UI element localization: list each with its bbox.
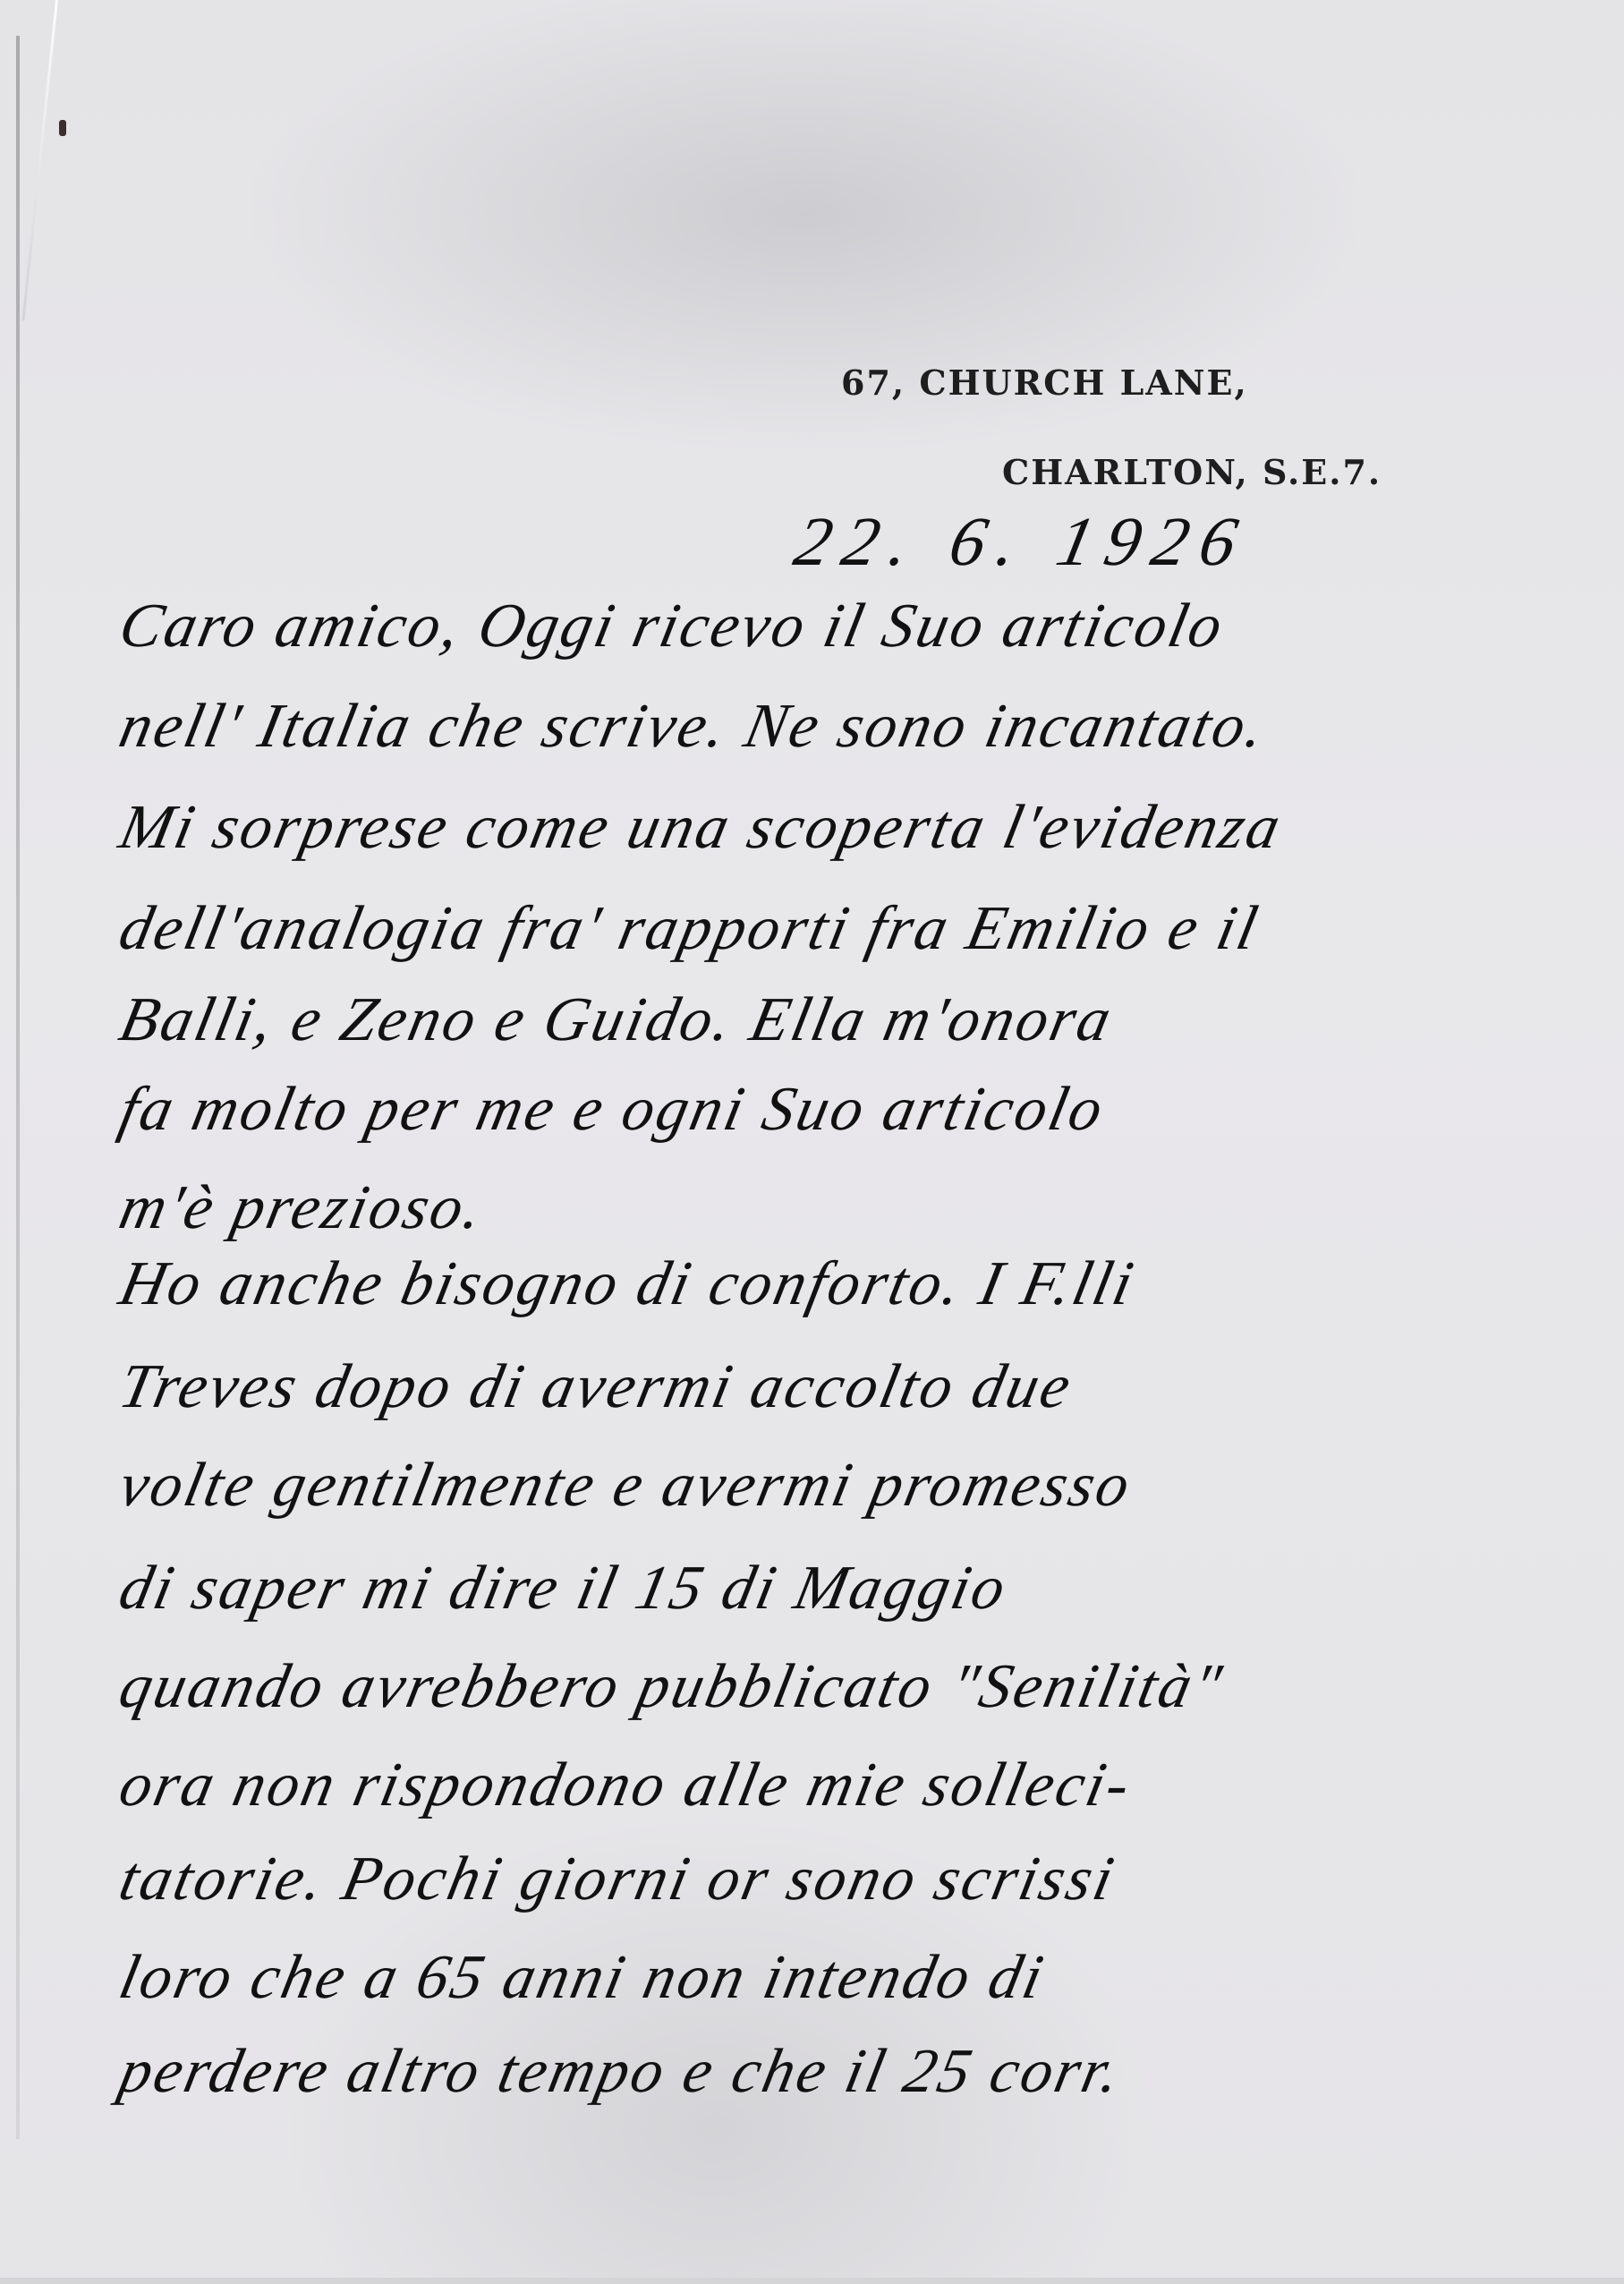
body-line-5: Balli, e Zeno e Guido. Ella m'onora xyxy=(113,984,1119,1056)
body-line-4: dell'analogia fra' rapporti fra Emilio e… xyxy=(113,893,1265,965)
body-line-10: volte gentilmente e avermi promesso xyxy=(113,1450,1138,1521)
body-line-14: tatorie. Pochi giorni or sono scrissi xyxy=(113,1844,1121,1915)
body-line-6: fa molto per me e ogni Suo articolo xyxy=(113,1074,1111,1146)
scan-bottom-edge xyxy=(0,2278,1624,2284)
paper-fold-line xyxy=(21,0,58,320)
scan-edge-shadow xyxy=(16,36,20,2139)
body-line-9: Treves dopo di avermi accolto due xyxy=(113,1351,1079,1423)
body-line-3: Mi sorprese come una scoperta l'evidenza xyxy=(113,792,1288,864)
body-line-1: Caro amico, Oggi ricevo il Suo articolo xyxy=(113,591,1230,662)
letterhead-city: CHARLTON, S.E.7. xyxy=(1002,452,1382,492)
letterhead-street: 67, CHURCH LANE, xyxy=(841,362,1248,403)
ink-mark xyxy=(59,120,66,136)
body-line-12: quando avrebbero pubblicato "Senilità" xyxy=(113,1651,1229,1723)
body-line-16: perdere altro tempo e che il 25 corr. xyxy=(113,2036,1128,2108)
body-line-13: ora non rispondono alle mie solleci- xyxy=(113,1750,1138,1821)
body-line-15: loro che a 65 anni non intendo di xyxy=(113,1942,1051,2014)
body-line-7: m'è prezioso. xyxy=(113,1172,490,1244)
body-line-2: nell' Italia che scrive. Ne sono incanta… xyxy=(113,691,1272,763)
body-line-11: di saper mi dire il 15 di Maggio xyxy=(113,1553,1014,1624)
letter-date: 22. 6. 1926 xyxy=(787,501,1256,582)
body-line-8: Ho anche bisogno di conforto. I F.lli xyxy=(113,1249,1141,1320)
letter-page: 67, CHURCH LANE, CHARLTON, S.E.7. 22. 6.… xyxy=(0,0,1624,2284)
